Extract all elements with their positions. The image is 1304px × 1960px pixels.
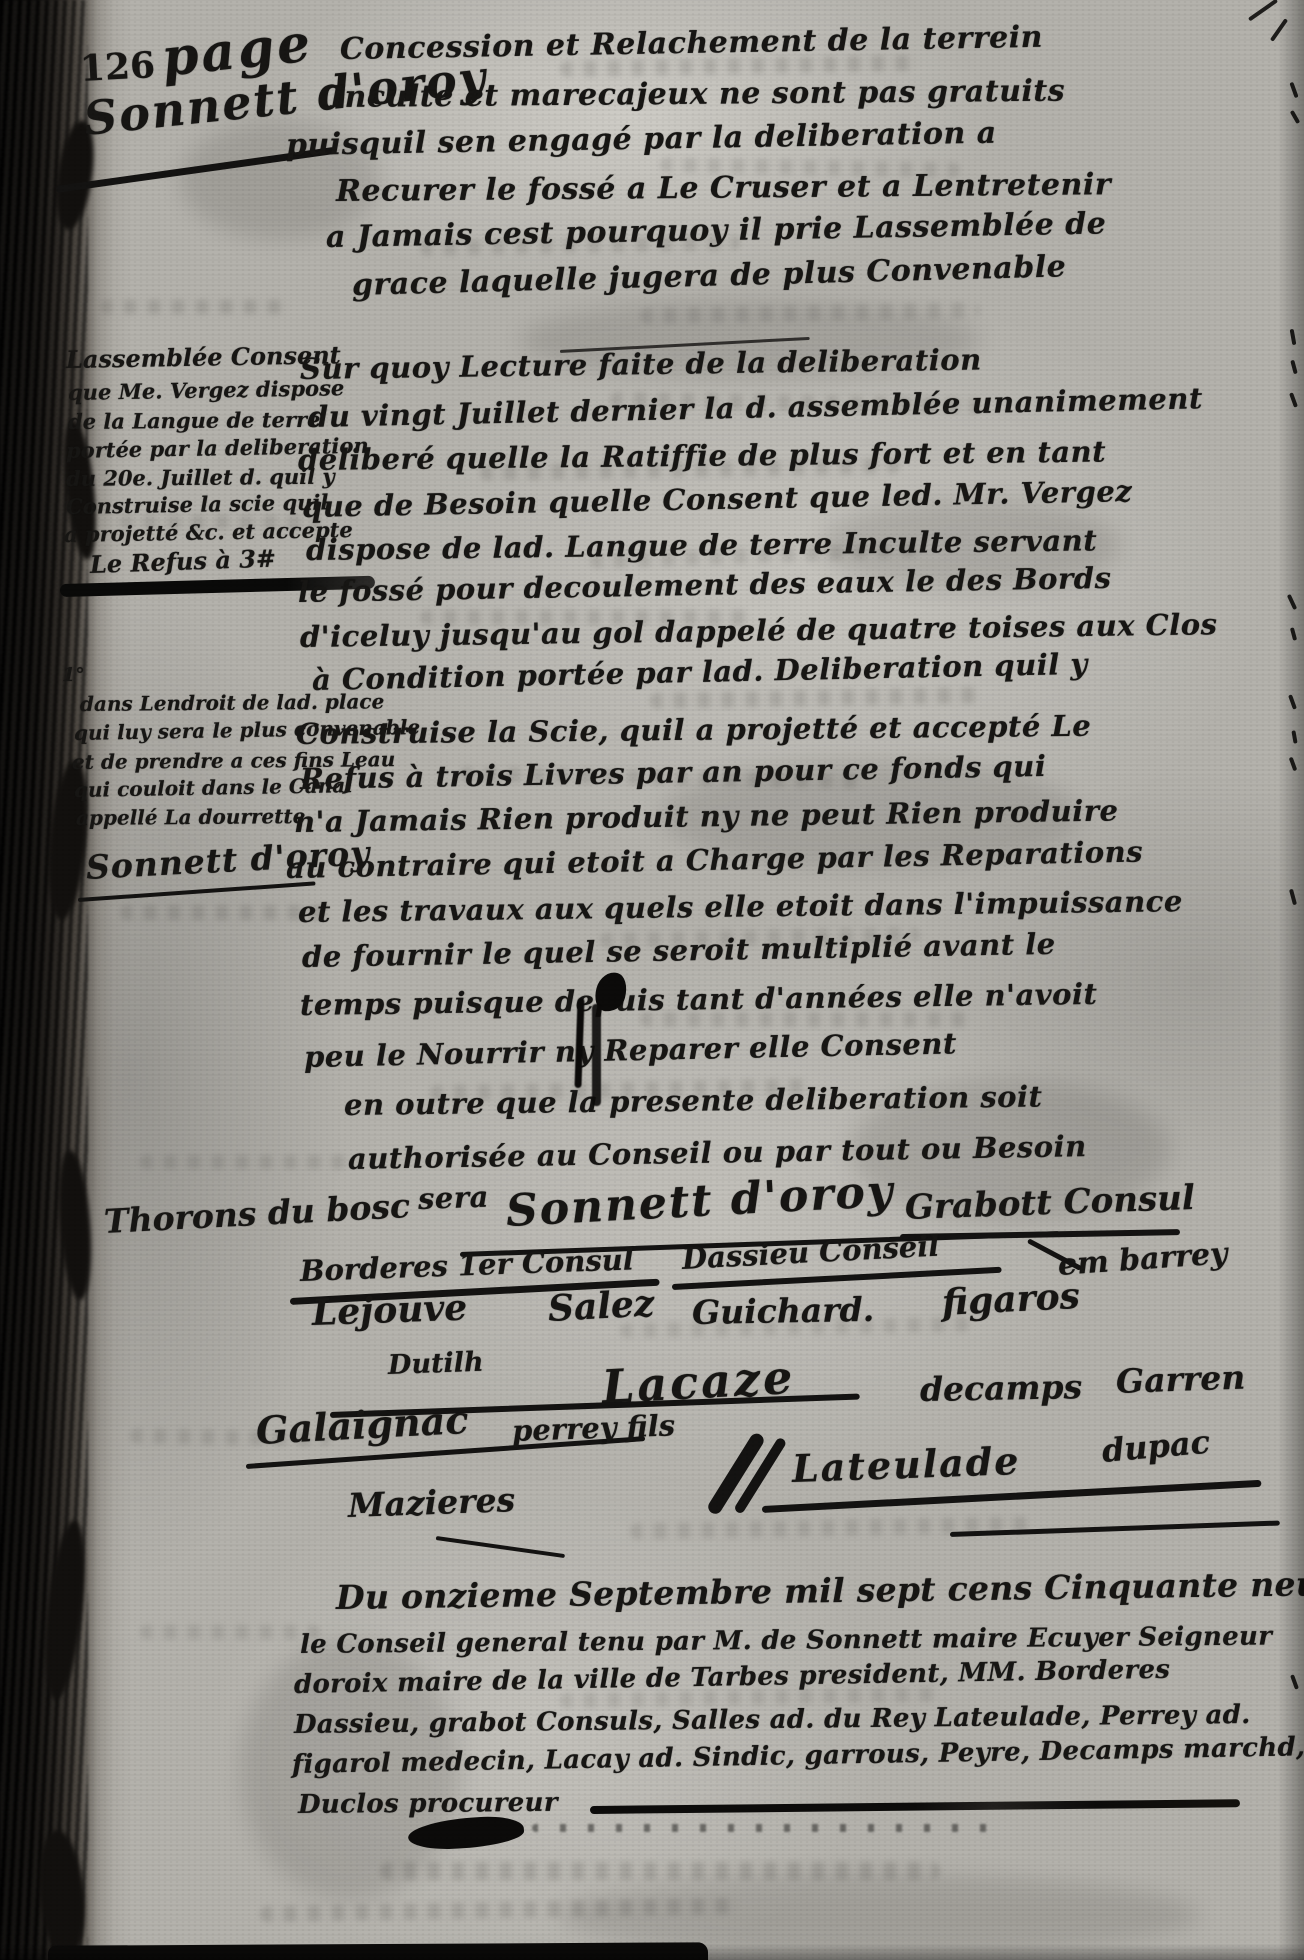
title-line: a Jamais cest pourquoy il prie Lassemblé… <box>326 206 1107 255</box>
ink-smear <box>592 1004 601 1106</box>
bleed-through-mark <box>140 1625 320 1639</box>
bleed-through-mark <box>640 302 980 324</box>
body-line: Sur quoy Lecture faite de la deliberatio… <box>300 342 982 386</box>
margin-note-line: de la Langue de terre <box>68 407 321 434</box>
body-line: Refus à trois Livres par an pour ce fond… <box>300 749 1047 796</box>
body-line: deliberé quelle la Ratiffie de plus fort… <box>298 435 1106 477</box>
body-line: sera <box>417 1180 489 1216</box>
signature-borderes: Borderes 1er Consul <box>299 1242 634 1288</box>
body-line: de fournir le quel se seroit multiplié a… <box>302 927 1056 974</box>
signature-lejouve: Lejouve <box>311 1287 468 1334</box>
title-line: Concession et Relachement de la terrein <box>340 20 1043 67</box>
body-line: en outre que la presente deliberation so… <box>344 1079 1043 1122</box>
signature-galaignac: Galaignac <box>255 1397 470 1453</box>
body-line: que de Besoin quelle Consent que led. Mr… <box>302 474 1133 524</box>
signature-thorons: Thorons du bosc <box>103 1186 411 1241</box>
scan-right-shadow <box>1278 0 1304 1960</box>
closing-rule-stroke <box>590 1799 1240 1814</box>
body-line: peu le Nourrir ny Reparer elle Consent <box>304 1026 957 1074</box>
body-line: temps puisque depuis tant d'années elle … <box>300 977 1098 1022</box>
scan-bottom-shadow <box>0 1944 1304 1960</box>
body-line: du vingt Juillet dernier la d. assemblée… <box>308 381 1203 434</box>
closing-line: doroix maire de la ville de Tarbes presi… <box>294 1655 1171 1700</box>
body-line: au contraire qui etoit a Charge par les … <box>286 835 1144 885</box>
closing-line: Du onzieme Septembre mil sept cens Cinqu… <box>336 1564 1304 1617</box>
body-line: Construise la Scie, quil a projetté et a… <box>296 709 1092 751</box>
signature-underline-stroke <box>950 1520 1280 1537</box>
book-spine-texture <box>0 0 88 1960</box>
closing-line: Duclos procureur <box>298 1788 558 1820</box>
signature-lateulade: Lateulade <box>791 1438 1021 1491</box>
body-line: authorisée au Conseil ou par tout ou Bes… <box>348 1129 1087 1176</box>
title-line: Recurer le fossé a Le Cruser et a Lentre… <box>336 167 1111 209</box>
margin-note-line: appellé La dourrette <box>76 804 306 830</box>
ink-smear <box>532 1824 1002 1832</box>
body-line: n'a Jamais Rien produit ny ne peut Rien … <box>294 793 1119 839</box>
margin-note-line: Construise la scie quil <box>66 489 329 519</box>
signature-decamps: decamps <box>920 1367 1083 1409</box>
signature-salez: Salez <box>547 1282 655 1330</box>
signature-sonnett: Sonnett d'oroy <box>505 1166 896 1237</box>
page-number: 126 <box>79 44 156 90</box>
bleed-through-mark <box>650 687 980 709</box>
signature-guichard: Guichard. <box>692 1290 875 1332</box>
body-line: dispose de lad. Langue de terre Inculte … <box>306 523 1098 567</box>
closing-line: le Conseil general tenu par M. de Sonnet… <box>300 1622 1272 1660</box>
bleed-through-mark <box>140 1155 350 1169</box>
title-line: puisquil sen engagé par la deliberation … <box>286 116 997 163</box>
signature-garren: Garren <box>1115 1357 1246 1400</box>
signature-mazieres: Mazieres <box>347 1480 515 1525</box>
body-line: le fossé pour decoulement des eaux le de… <box>298 561 1112 609</box>
margin-note-line: Le Refus à 3# <box>89 544 276 579</box>
signature-underline-stroke <box>900 1229 1180 1240</box>
body-line: et les travaux aux quels elle etoit dans… <box>298 884 1183 929</box>
manuscript-page: 126 page Sonnett d'oroy Concession et Re… <box>0 0 1304 1960</box>
signature-dutilh: Dutilh <box>387 1347 484 1381</box>
signature-grabott: Grabott Consul <box>904 1178 1195 1228</box>
margin-note-marker: 1° <box>62 664 85 686</box>
flourish-stroke <box>436 1536 565 1558</box>
title-line: grace laquelle jugera de plus Convenable <box>352 249 1067 303</box>
body-line: à Condition portée par lad. Deliberation… <box>312 647 1088 697</box>
bleed-through-mark <box>380 1862 940 1880</box>
signature-dupac: dupac <box>1100 1423 1211 1470</box>
margin-note-line: du 20e. Juillet d. quil y <box>66 464 335 491</box>
title-line: Inculte et marecajeux ne sont pas gratui… <box>330 74 1065 115</box>
closing-line: Dassieu, grabot Consuls, Salles ad. du R… <box>294 1700 1251 1740</box>
signature-embarrey: em barrey <box>1057 1236 1229 1283</box>
signature-perrey: perrey fils <box>511 1408 675 1448</box>
bleed-through-mark <box>260 1898 740 1922</box>
page-edge-fragment <box>1248 0 1278 21</box>
ink-blot <box>407 1814 525 1852</box>
closing-line: figarol medecin, Lacay ad. Sindic, garro… <box>292 1732 1304 1780</box>
signature-dassieu: Dassieu Conseil <box>681 1229 940 1276</box>
signature-figaros: figaros <box>941 1275 1081 1324</box>
